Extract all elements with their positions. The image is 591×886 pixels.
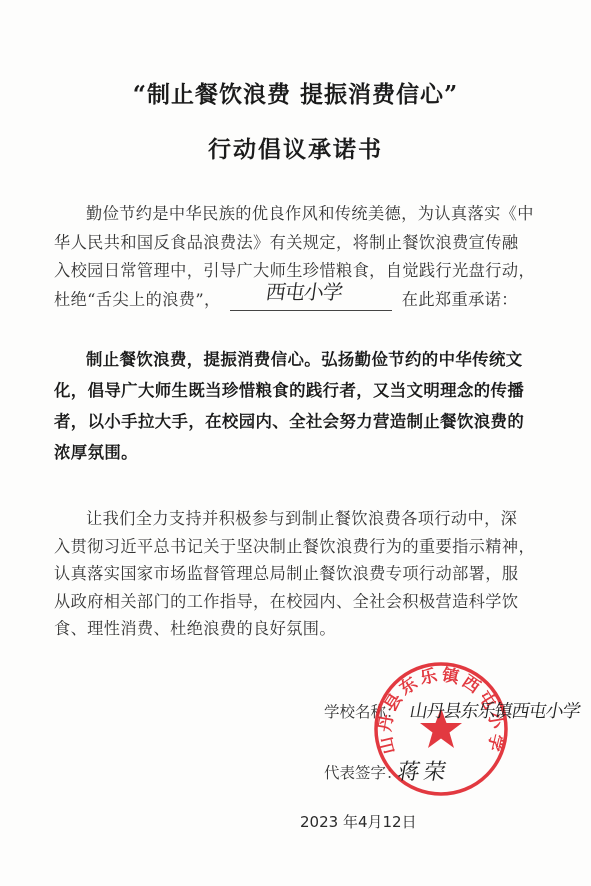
- school-name-signature[interactable]: 山丹县东乐镇西屯小学: [408, 697, 583, 723]
- paragraph-line: 食、理性消费、杜绝浪费的良好氛围。: [54, 615, 540, 643]
- paragraph-line: 者，以小手拉大手，在校园内、全社会努力营造制止餐饮浪费的: [54, 406, 540, 437]
- handwritten-school-name: 西屯小学: [264, 278, 344, 307]
- paragraph-line-with-blank: 杜绝“舌尖上的浪费”， 西屯小学 在此郑重承诺：: [54, 286, 540, 315]
- paragraph-commitment: 制止餐饮浪费，提振消费信心。弘扬勤俭节约的中华传统文 化，倡导广大师生既当珍惜粮…: [54, 344, 540, 468]
- paragraph-line: 华人民共和国反食品浪费法》有关规定，将制止餐饮浪费宣传融: [54, 229, 540, 258]
- document-page: “制止餐饮浪费 提振消费信心” 行动倡议承诺书 勤俭节约是中华民族的优良作风和传…: [0, 0, 591, 886]
- paragraph-line: 认真落实国家市场监督管理总局制止餐饮浪费专项行动部署，服: [54, 560, 540, 588]
- blank-suffix-text: 在此郑重承诺：: [402, 290, 518, 309]
- paragraph-line: 让我们全力支持并积极参与到制止餐饮浪费各项行动中，深: [54, 505, 540, 533]
- paragraph-line: 浓厚氛围。: [54, 437, 540, 468]
- paragraph-line: 入贯彻习近平总书记关于坚决制止餐饮浪费行为的重要指示精神，: [54, 533, 540, 561]
- paragraph-line: 化，倡导广大师生既当珍惜粮食的践行者，又当文明理念的传播: [54, 375, 540, 406]
- document-subtitle: 行动倡议承诺书: [0, 131, 591, 164]
- school-name-label: 学校名称：: [324, 700, 402, 722]
- paragraph-line: 制止餐饮浪费，提振消费信心。弘扬勤俭节约的中华传统文: [54, 344, 540, 375]
- representative-signature-label: 代表签字：: [324, 761, 402, 783]
- document-title: “制止餐饮浪费 提振消费信心”: [0, 76, 591, 109]
- paragraph-line: 从政府相关部门的工作指导，在校园内、全社会积极营造科学饮: [54, 588, 540, 616]
- blank-prefix-text: 杜绝“舌尖上的浪费”，: [54, 290, 221, 309]
- school-name-blank[interactable]: 西屯小学: [230, 290, 392, 311]
- paragraph-line: 勤俭节约是中华民族的优良作风和传统美德，为认真落实《中: [54, 200, 540, 229]
- signing-date: 2023 年4月12日: [300, 811, 417, 832]
- paragraph-intro: 勤俭节约是中华民族的优良作风和传统美德，为认真落实《中 华人民共和国反食品浪费法…: [54, 200, 540, 314]
- paragraph-call-to-action: 让我们全力支持并积极参与到制止餐饮浪费各项行动中，深 入贯彻习近平总书记关于坚决…: [54, 505, 540, 643]
- representative-signature[interactable]: 蒋荣: [395, 755, 452, 786]
